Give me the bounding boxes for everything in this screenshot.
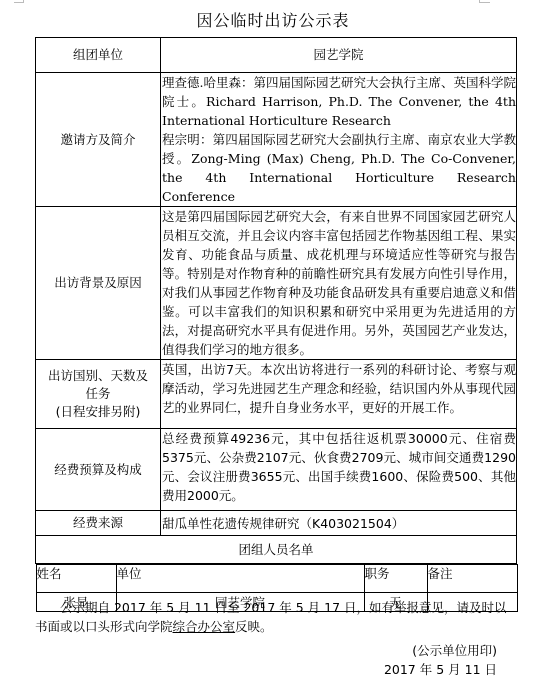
stamp-date: 2017 年 5 月 11 日: [384, 660, 497, 679]
notice-line-2-prefix: 书面或以口头形式向学院: [35, 619, 173, 634]
row-funding: 经费来源 甜瓜单性花遗传规律研究（K403021504）: [36, 511, 517, 536]
members-section-title: 团组人员名单: [36, 536, 517, 564]
background-label: 出访背景及原因: [36, 207, 161, 360]
header-position: 职务: [364, 565, 427, 593]
members-section-row: 团组人员名单: [36, 536, 517, 564]
page-corner-mark: [479, 0, 480, 3]
inviter-line-1: 理查德.哈里森：第四届国际园艺研究大会执行主席、英国科学院院士。Richard …: [162, 73, 516, 130]
budget-value: 总经费预算49236元，其中包括往返机票30000元、住宿费5375元、公杂费2…: [161, 429, 517, 511]
unit-label: 组团单位: [36, 38, 161, 73]
funding-label: 经费来源: [36, 511, 161, 536]
country-label-line-3: (日程安排另附): [36, 403, 160, 421]
country-label: 出访国别、天数及 任务 (日程安排另附): [36, 360, 161, 429]
notice-line-1: 公示期自 2017 年 5 月 11 日至 2017 年 5 月 17 日，如有…: [35, 598, 515, 617]
background-value: 这是第四届国际园艺研究大会，有来自世界不同国家园艺研究人员相互交流，并且会议内容…: [161, 207, 517, 360]
country-label-line-2: 任务: [36, 385, 160, 403]
unit-value: 园艺学院: [161, 38, 517, 73]
members-header-row: 姓名 单位 职务 备注: [36, 565, 517, 593]
inviter-value: 理查德.哈里森：第四届国际园艺研究大会执行主席、英国科学院院士。Richard …: [161, 73, 517, 207]
document-title: 因公临时出访公示表: [0, 8, 546, 31]
header-unit: 单位: [116, 565, 364, 593]
notice-paragraph: 公示期自 2017 年 5 月 11 日至 2017 年 5 月 17 日，如有…: [35, 598, 515, 636]
row-country: 出访国别、天数及 任务 (日程安排另附) 英国，出访7天。本次出访将进行一系列的…: [36, 360, 517, 429]
row-unit: 组团单位 园艺学院: [36, 38, 517, 73]
row-inviter: 邀请方及简介 理查德.哈里森：第四届国际园艺研究大会执行主席、英国科学院院士。R…: [36, 73, 517, 207]
funding-value: 甜瓜单性花遗传规律研究（K403021504）: [161, 511, 517, 536]
disclosure-table: 组团单位 园艺学院 邀请方及简介 理查德.哈里森：第四届国际园艺研究大会执行主席…: [35, 37, 517, 612]
row-budget: 经费预算及构成 总经费预算49236元，其中包括往返机票30000元、住宿费53…: [36, 429, 517, 511]
stamp-label: (公示单位用印): [384, 641, 497, 660]
country-label-line-1: 出访国别、天数及: [36, 367, 160, 385]
row-background: 出访背景及原因 这是第四届国际园艺研究大会，有来自世界不同国家园艺研究人员相互交…: [36, 207, 517, 360]
inviter-line-2: 程宗明：第四届国际园艺研究大会副执行主席、南京农业大学教授。Zong-Ming …: [162, 130, 516, 206]
page-corner-mark: [480, 2, 490, 3]
office-name: 综合办公室: [173, 619, 236, 634]
country-value: 英国，出访7天。本次出访将进行一系列的科研讨论、考察与观摩活动，学习先进园艺生产…: [161, 360, 517, 429]
notice-line-2-suffix: 反映。: [235, 619, 273, 634]
page-corner-mark: [23, 0, 24, 3]
budget-label: 经费预算及构成: [36, 429, 161, 511]
notice-line-2: 书面或以口头形式向学院综合办公室反映。: [35, 617, 515, 636]
inviter-label: 邀请方及简介: [36, 73, 161, 207]
stamp-block: (公示单位用印) 2017 年 5 月 11 日: [384, 641, 497, 679]
header-name: 姓名: [36, 565, 116, 593]
header-note: 备注: [427, 565, 517, 593]
